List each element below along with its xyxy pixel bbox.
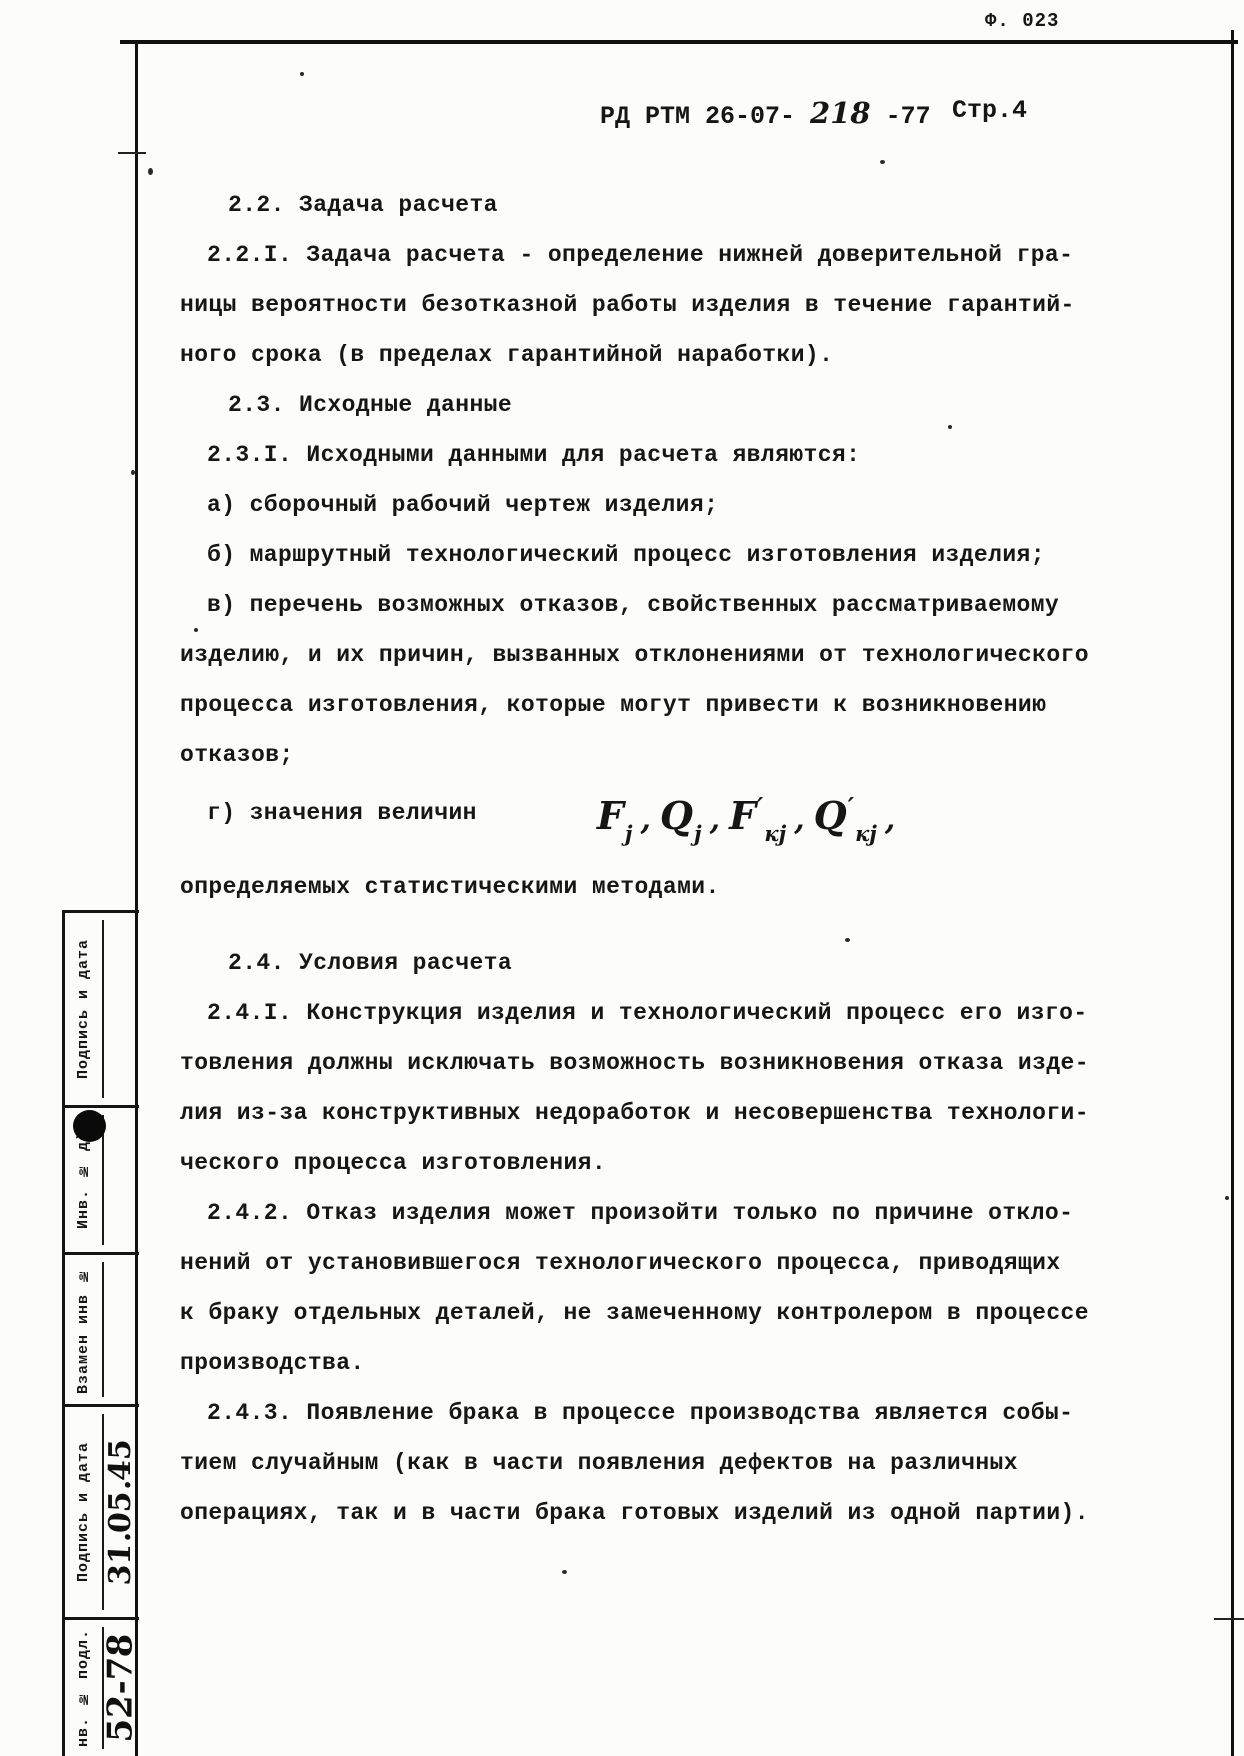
scan-speck — [880, 160, 885, 164]
text-line: ного срока (в пределах гарантийной нараб… — [180, 342, 1080, 392]
left-border-tick — [118, 152, 146, 154]
page-frame-top-border — [120, 40, 1238, 44]
document-code-prefix: РД РТМ 26-07- — [600, 102, 810, 131]
document-code: РД РТМ 26-07- 218 -77 — [600, 96, 931, 131]
text-line: нений от установившегося технологическог… — [180, 1250, 1080, 1300]
formula-term: Qj — [660, 793, 702, 838]
right-border-tick — [1214, 1618, 1244, 1620]
text-line: 2.4.3. Появление брака в процессе произв… — [180, 1400, 1080, 1450]
text-line: изделию, и их причин, вызванных отклонен… — [180, 642, 1080, 692]
text-line: в) перечень возможных отказов, свойствен… — [180, 592, 1080, 642]
scan-speck — [1225, 1196, 1229, 1200]
stamp-cell: нв. № подл.52-78 — [65, 1617, 139, 1756]
stamp-cell-divider — [102, 920, 104, 1098]
formula-line: г) значения величинFj,Qj,F′кj,Q′кj, — [180, 792, 1080, 874]
scan-speck — [148, 168, 153, 175]
text-line: 2.4. Условия расчета — [180, 950, 1080, 1000]
stamp-cell: Подпись и дата — [65, 910, 139, 1105]
text-line: 2.4.I. Конструкция изделия и технологиче… — [180, 1000, 1080, 1050]
scan-speck — [194, 628, 198, 632]
scan-speck — [300, 72, 304, 76]
stamp-cell-divider — [102, 1262, 104, 1397]
scan-speck — [948, 425, 952, 429]
text-line: 2.3. Исходные данные — [180, 392, 1080, 442]
page-number: Стр.4 — [952, 96, 1027, 125]
page-frame-right-border — [1231, 30, 1234, 1756]
stamp-cell-handwritten-entry: 52-78 — [102, 1617, 139, 1756]
text-line: 2.4.2. Отказ изделия может произойти тол… — [180, 1200, 1080, 1250]
text-line: 2.2. Задача расчета — [180, 192, 1080, 242]
text-line: тием случайным (как в части появления де… — [180, 1450, 1080, 1500]
document-code-handwritten-number: 218 — [810, 96, 871, 130]
text-line: отказов; — [180, 742, 1080, 792]
text-line: лия из-за конструктивных недоработок и н… — [180, 1100, 1080, 1150]
text-line: определяемых статистическими методами. — [180, 874, 1080, 924]
document-body: 2.2. Задача расчета2.2.I. Задача расчета… — [180, 192, 1080, 1550]
scan-speck — [845, 938, 850, 942]
stamp-cell-label: Подпись и дата — [65, 913, 102, 1105]
scan-speck — [562, 1570, 567, 1574]
stamp-cell-label: Подпись и дата — [65, 1407, 102, 1617]
text-line: б) маршрутный технологический процесс из… — [180, 542, 1080, 592]
text-line: а) сборочный рабочий чертеж изделия; — [180, 492, 1080, 542]
stamp-cell-handwritten-entry: 31.05.45 — [102, 1404, 139, 1619]
document-page: Ф. 023 РД РТМ 26-07- 218 -77 Стр.4 2.2. … — [0, 0, 1244, 1756]
text-line: к браку отдельных деталей, не замеченном… — [180, 1300, 1080, 1350]
text-line: ческого процесса изготовления. — [180, 1150, 1080, 1200]
stamp-cell-label: нв. № подл. — [65, 1620, 102, 1756]
text-line: производства. — [180, 1350, 1080, 1400]
text-line: ницы вероятности безотказной работы изде… — [180, 292, 1080, 342]
stamp-cell: Взамен инв № — [65, 1252, 139, 1404]
formula-term: Q′кj — [814, 793, 877, 838]
punch-hole — [73, 1110, 106, 1142]
text-line: 2.2.I. Задача расчета - определение нижн… — [180, 242, 1080, 292]
document-code-suffix: -77 — [871, 102, 931, 131]
formula-prefix: г) значения величин — [207, 800, 477, 826]
stamp-cell-label: Взамен инв № — [65, 1255, 102, 1404]
stamp-cell: Подпись и дата31.05.45 — [65, 1404, 139, 1617]
text-line: 2.3.I. Исходными данными для расчета явл… — [180, 442, 1080, 492]
form-code: Ф. 023 — [985, 10, 1059, 32]
formula-term: F′кj — [729, 793, 786, 838]
margin-stamp-column: Подпись и датаИнв. № д)Взамен инв №Подпи… — [62, 910, 139, 1756]
text-line: процесса изготовления, которые могут при… — [180, 692, 1080, 742]
scan-speck — [131, 470, 135, 475]
text-line: товления должны исключать возможность во… — [180, 1050, 1080, 1100]
handwritten-formula: Fj,Qj,F′кj,Q′кj, — [597, 792, 905, 846]
formula-term: Fj — [597, 793, 633, 838]
text-line: операциях, так и в части брака готовых и… — [180, 1500, 1080, 1550]
